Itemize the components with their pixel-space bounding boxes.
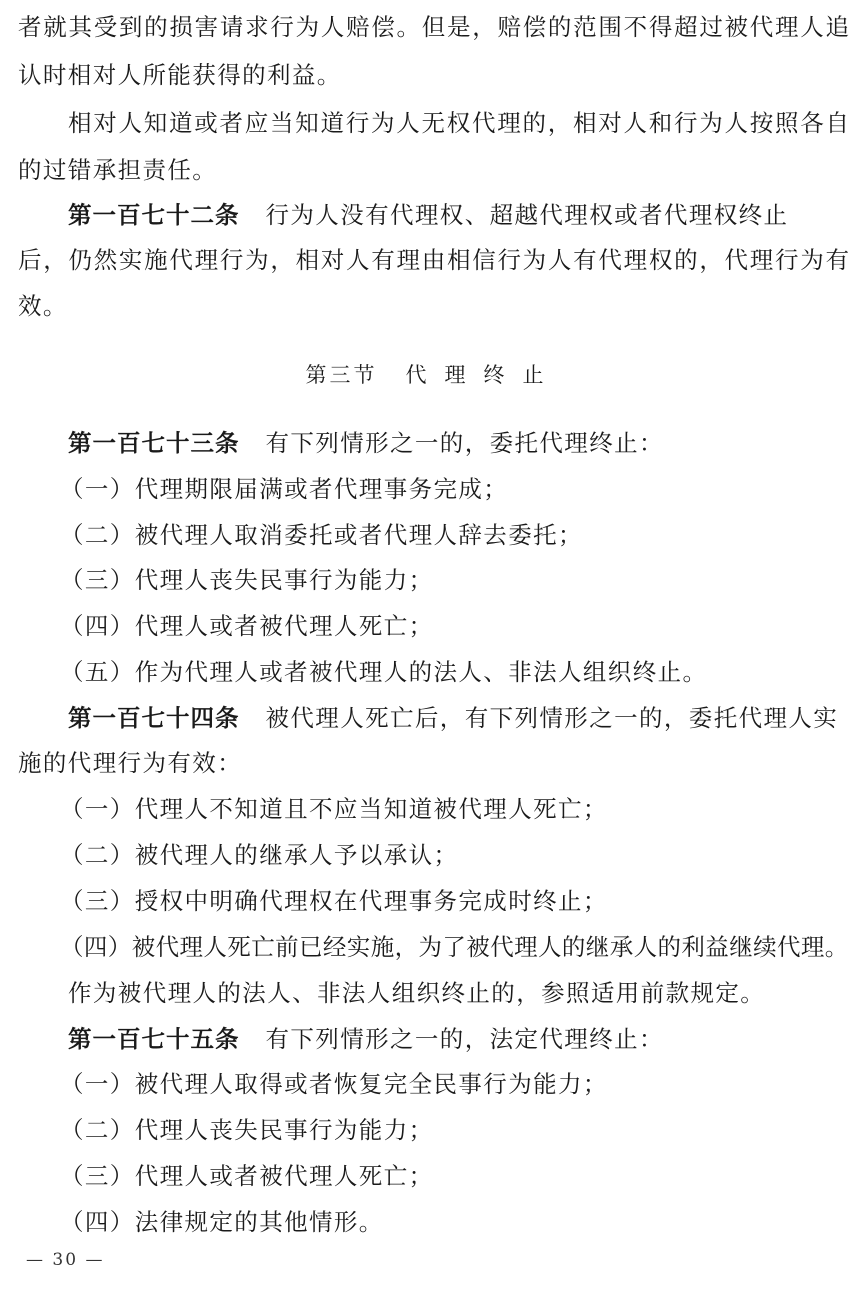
article-number: 第一百七十四条 <box>68 704 240 732</box>
list-item: （四）代理人或者被代理人死亡； <box>60 611 434 641</box>
list-item: （四）法律规定的其他情形。 <box>60 1207 384 1237</box>
article-number: 第一百七十三条 <box>68 429 240 457</box>
list-item: （一）代理期限届满或者代理事务完成； <box>60 474 508 504</box>
article-173: 第一百七十三条有下列情形之一的，委托代理终止： <box>68 428 664 458</box>
page-number: — 30 — <box>26 1250 104 1270</box>
paragraph-line: 的过错承担责任。 <box>18 155 217 185</box>
paragraph-line: 后，仍然实施代理行为，相对人有理由相信行为人有代理权的，代理行为有 <box>18 245 849 275</box>
paragraph-line: 者就其受到的损害请求行为人赔偿。但是，赔偿的范围不得超过被代理人追 <box>18 12 849 42</box>
article-text: 有下列情形之一的，法定代理终止： <box>266 1025 664 1053</box>
paragraph-line: 相对人知道或者应当知道行为人无权代理的，相对人和行为人按照各自 <box>68 108 849 138</box>
section-title: 代理终止 <box>406 363 562 387</box>
paragraph-line: 效。 <box>18 291 68 321</box>
article-172: 第一百七十二条行为人没有代理权、超越代理权或者代理权终止 <box>68 200 849 230</box>
list-item: （五）作为代理人或者被代理人的法人、非法人组织终止。 <box>60 657 707 687</box>
document-page: 者就其受到的损害请求行为人赔偿。但是，赔偿的范围不得超过被代理人追 认时相对人所… <box>0 0 867 1289</box>
list-item: （一）代理人不知道且不应当知道被代理人死亡； <box>60 794 608 824</box>
list-item: （四）被代理人死亡前已经实施，为了被代理人的继承人的利益继续代理。 <box>60 932 849 962</box>
paragraph-line: 施的代理行为有效： <box>18 748 242 778</box>
article-number: 第一百七十二条 <box>68 201 240 229</box>
list-item: （一）被代理人取得或者恢复完全民事行为能力； <box>60 1069 608 1099</box>
list-item: （二）被代理人的继承人予以承认； <box>60 840 458 870</box>
paragraph-line: 作为被代理人的法人、非法人组织终止的，参照适用前款规定。 <box>68 978 765 1008</box>
list-item: （三）代理人或者被代理人死亡； <box>60 1161 434 1191</box>
list-item: （三）代理人丧失民事行为能力； <box>60 565 434 595</box>
article-175: 第一百七十五条有下列情形之一的，法定代理终止： <box>68 1024 664 1054</box>
article-174: 第一百七十四条被代理人死亡后，有下列情形之一的，委托代理人实 <box>68 703 849 733</box>
section-heading: 第三节代理终止 <box>0 360 867 390</box>
paragraph-line: 认时相对人所能获得的利益。 <box>18 60 342 90</box>
section-prefix: 第三节 <box>306 363 378 387</box>
article-text: 被代理人死亡后，有下列情形之一的，委托代理人实 <box>266 704 839 732</box>
article-text: 行为人没有代理权、超越代理权或者代理权终止 <box>266 201 789 229</box>
article-number: 第一百七十五条 <box>68 1025 240 1053</box>
article-text: 有下列情形之一的，委托代理终止： <box>266 429 664 457</box>
list-item: （三）授权中明确代理权在代理事务完成时终止； <box>60 886 608 916</box>
list-item: （二）代理人丧失民事行为能力； <box>60 1115 434 1145</box>
list-item: （二）被代理人取消委托或者代理人辞去委托； <box>60 520 583 550</box>
